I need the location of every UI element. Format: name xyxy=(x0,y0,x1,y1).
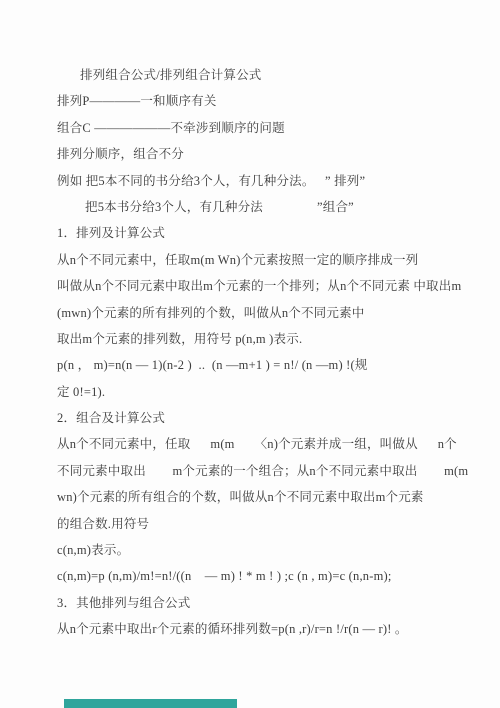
text-line: 叫做从n个不同元素中取出m个元素的一个排列；从n个不同元素 中取出m xyxy=(57,273,477,299)
line-text: c(n,m)=p (n,m)/m!=n!/((n — m) ! * m ! ) … xyxy=(57,563,392,589)
text-line: p(n ， m)=n(n — 1)(n-2 ) .. (n —m+1 ) = n… xyxy=(57,352,477,378)
text-line: 取出m个元素的排列数，用符号 p(n,m )表示. xyxy=(57,326,477,352)
line-text: 2．组合及计算公式 xyxy=(57,405,165,431)
line-text: (mwn)个元素的所有排列的个数，叫做从n个不同元素中 xyxy=(57,300,364,326)
text-line: 排列P————一和顺序有关 xyxy=(57,88,477,114)
text-line: wn)个元素的所有组合的个数，叫做从n个不同元素中取出m个元素 xyxy=(57,484,477,510)
text-line: 2．组合及计算公式 xyxy=(57,405,477,431)
line-text: 排列P————一和顺序有关 xyxy=(57,88,217,114)
quote-label: ” 排列” xyxy=(325,168,365,194)
bottom-teal-bar xyxy=(64,699,237,708)
line-text: 排列组合公式/排列组合计算公式 xyxy=(80,62,261,88)
line-text: 例如 把5本不同的书分给3个人，有几种分法。 xyxy=(57,168,315,194)
line-text: c(n,m)表示。 xyxy=(57,537,129,563)
text-line: c(n,m)表示。 xyxy=(57,537,477,563)
line-text: 从n个不同元素中，任取 m(m 〈n)个元素并成一组，叫做从 n个 xyxy=(57,431,457,457)
line-text: 取出m个元素的排列数，用符号 p(n,m )表示. xyxy=(57,326,302,352)
text-line: 把5本书分给3个人，有几种分法”组合” xyxy=(57,194,477,220)
text-line: 组合C ——————不牵涉到顺序的问题 xyxy=(57,115,477,141)
document-page: 排列组合公式/排列组合计算公式排列P————一和顺序有关组合C ——————不牵… xyxy=(0,0,500,708)
line-text: 1．排列及计算公式 xyxy=(57,220,165,246)
line-text: 从n个元素中取出r个元素的循环排列数=p(n ,r)/r=n !/r(n — r… xyxy=(57,616,408,642)
line-text: wn)个元素的所有组合的个数，叫做从n个不同元素中取出m个元素 xyxy=(57,484,424,510)
text-line: 从n个元素中取出r个元素的循环排列数=p(n ,r)/r=n !/r(n — r… xyxy=(57,616,477,642)
doc-title: 排列组合公式/排列组合计算公式 xyxy=(57,62,477,88)
text-line: 排列分顺序，组合不分 xyxy=(57,141,477,167)
text-line: 从n个不同元素中，任取m(m Wn)个元素按照一定的顺序排成一列 xyxy=(57,247,477,273)
text-line: (mwn)个元素的所有排列的个数，叫做从n个不同元素中 xyxy=(57,300,477,326)
document-body: 排列组合公式/排列组合计算公式排列P————一和顺序有关组合C ——————不牵… xyxy=(57,62,477,643)
line-text: 从n个不同元素中，任取m(m Wn)个元素按照一定的顺序排成一列 xyxy=(57,247,418,273)
text-line: 的组合数.用符号 xyxy=(57,511,477,537)
text-line: 例如 把5本不同的书分给3个人，有几种分法。” 排列” xyxy=(57,168,477,194)
line-text: p(n ， m)=n(n — 1)(n-2 ) .. (n —m+1 ) = n… xyxy=(57,352,368,378)
text-line: 从n个不同元素中，任取 m(m 〈n)个元素并成一组，叫做从 n个 xyxy=(57,431,477,457)
text-line: 1．排列及计算公式 xyxy=(57,220,477,246)
line-text: 定 0!=1). xyxy=(57,379,105,405)
line-text: 叫做从n个不同元素中取出m个元素的一个排列；从n个不同元素 中取出m xyxy=(57,273,461,299)
line-text: 排列分顺序，组合不分 xyxy=(57,141,184,167)
quote-label: ”组合” xyxy=(317,194,354,220)
line-text: 组合C ——————不牵涉到顺序的问题 xyxy=(57,115,285,141)
line-text: 3．其他排列与组合公式 xyxy=(57,590,190,616)
line-text: 把5本书分给3个人，有几种分法 xyxy=(85,194,263,220)
text-line: c(n,m)=p (n,m)/m!=n!/((n — m) ! * m ! ) … xyxy=(57,563,477,589)
text-line: 3．其他排列与组合公式 xyxy=(57,590,477,616)
line-text: 不同元素中取出 m个元素的一个组合；从n个不同元素中取出 m(m xyxy=(57,458,468,484)
text-line: 定 0!=1). xyxy=(57,379,477,405)
line-text: 的组合数.用符号 xyxy=(57,511,149,537)
text-line: 不同元素中取出 m个元素的一个组合；从n个不同元素中取出 m(m xyxy=(57,458,477,484)
